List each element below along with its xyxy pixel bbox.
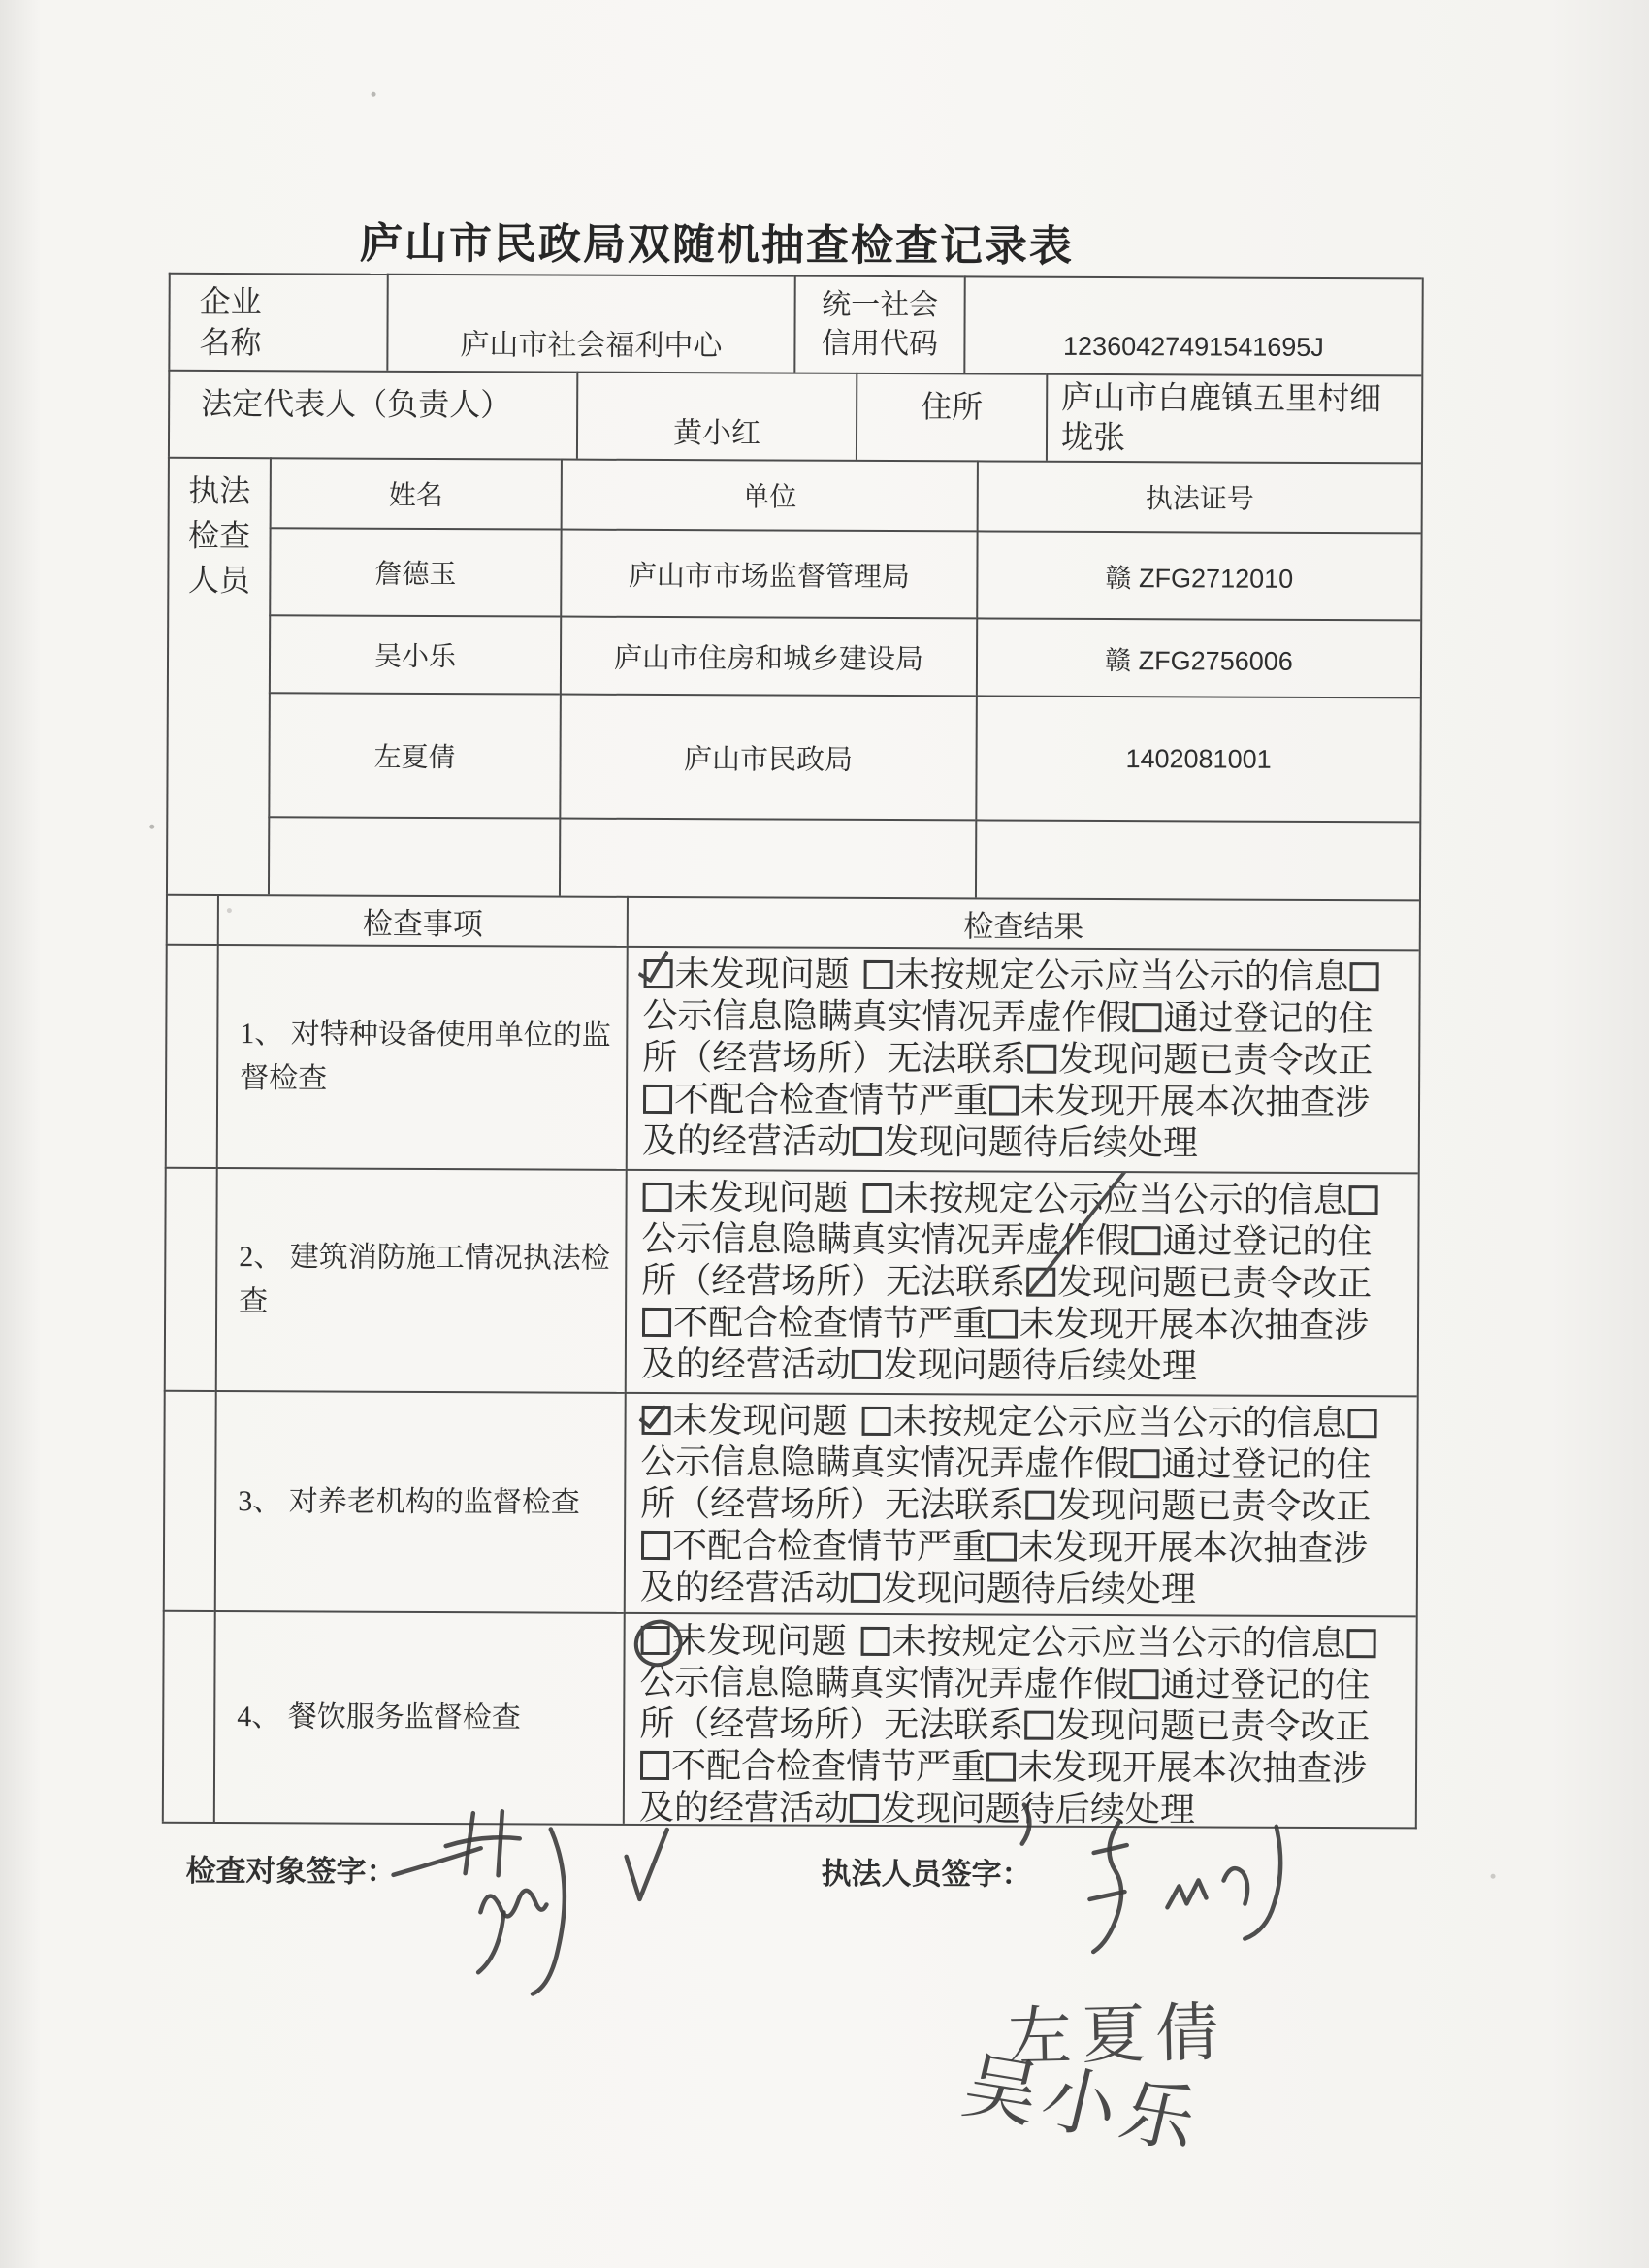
result-option: 发现问题已责令改正: [1055, 1706, 1370, 1746]
company-name-label: 企业 名称: [168, 273, 386, 371]
result-option: 不配合检查情节严重: [674, 1080, 988, 1119]
credit-code-label: 统一社会 信用代码: [793, 275, 963, 373]
checkbox-icon: [642, 1308, 671, 1337]
item-label: 4、 餐饮服务监督检查: [213, 1610, 624, 1824]
item-label: 3、 对养老机构的监督检查: [214, 1390, 625, 1612]
inspectors-section-label: 执法 检查 人员: [166, 457, 270, 894]
enforcer-handwritten-signature-1: [1085, 1816, 1309, 1982]
result-option: 发现问题待后续处理: [883, 1345, 1197, 1385]
inspector-col-unit: 单位: [561, 459, 977, 531]
result-option: 不配合检查情节严重: [673, 1303, 987, 1343]
result-option: 未发现问题: [673, 1401, 848, 1441]
inspector-name: 吴小乐: [269, 614, 560, 693]
checkbox-slashed-icon: [1026, 1268, 1055, 1297]
checkbox-icon: [1027, 1045, 1056, 1074]
inspector-cert: 赣 ZFG2756006: [976, 617, 1420, 697]
checkbox-icon: [1129, 1669, 1158, 1699]
result-option: 不配合检查情节严重: [672, 1526, 986, 1566]
result-option: 公示信息隐瞒真实情况弄虚作假: [639, 1663, 1128, 1703]
checkbox-icon: [1349, 1185, 1378, 1215]
result-option: 未按规定公示应当公示的信息: [894, 1179, 1348, 1219]
inspector-unit: 庐山市市场监督管理局: [560, 529, 976, 618]
inspector-name: 詹德玉: [269, 527, 560, 615]
checkbox-icon: [988, 1309, 1018, 1338]
result-option: 不配合检查情节严重: [671, 1746, 986, 1786]
checkbox-icon: [864, 960, 893, 989]
stray-pen-mark: [1011, 1801, 1050, 1860]
result-option: 发现问题已责令改正: [1057, 1263, 1372, 1303]
inspector-name: 左夏倩: [268, 692, 560, 817]
record-form-table: 企业 名称 庐山市社会福利中心 统一社会 信用代码 12360427491541…: [162, 273, 1424, 1830]
checkbox-checked-icon: [642, 1406, 671, 1435]
item-index-cell: [164, 1167, 216, 1390]
items-header: 检查事项: [217, 894, 627, 946]
result-option: 公示信息隐瞒真实情况弄虚作假: [642, 996, 1131, 1037]
checkbox-icon: [852, 1350, 881, 1379]
checkbox-icon: [1131, 1226, 1160, 1255]
checkbox-icon: [853, 1127, 882, 1156]
scan-tilt-wrapper: 庐山市民政局双随机抽查检查记录表 企业 名称 庐山市社会福利中心 统一社会 信用…: [0, 0, 1649, 2268]
credit-code-value: 12360427491541695J: [963, 275, 1421, 374]
checkbox-icon: [640, 1751, 669, 1780]
inspector-cert: 赣 ZFG2712010: [976, 530, 1420, 619]
checkbox-icon: [643, 1085, 672, 1114]
checkbox-icon: [641, 1531, 670, 1560]
inspector-unit: [559, 818, 975, 898]
inspector-unit: 庐山市民政局: [559, 694, 976, 820]
legal-rep-value: 黄小红: [576, 372, 856, 460]
result-option: 未按规定公示应当公示的信息: [893, 1402, 1347, 1442]
scan-speck: [372, 92, 376, 97]
checkbox-icon: [989, 1085, 1018, 1115]
result-option: 未发现问题: [672, 1621, 847, 1661]
checkbox-icon: [862, 1407, 891, 1436]
inspector-name: [268, 816, 559, 895]
item-index-cell: [163, 1390, 215, 1610]
item-label: 1、 对特种设备使用单位的监督检查: [216, 944, 627, 1169]
checkbox-circled-icon: [641, 1626, 670, 1655]
item-result-cell: 未发现问题未按规定公示应当公示的信息公示信息隐瞒真实情况弄虚作假通过登记的住所（…: [623, 1612, 1416, 1828]
inspector-unit: 庐山市住房和城乡建设局: [560, 616, 976, 696]
checkbox-icon: [850, 1794, 879, 1823]
result-option: 未发现问题: [674, 1178, 849, 1217]
result-option: 发现问题待后续处理: [884, 1122, 1198, 1162]
checkbox-icon: [987, 1532, 1017, 1561]
result-option: 发现问题已责令改正: [1058, 1040, 1373, 1080]
checkbox-icon: [1025, 1491, 1054, 1520]
result-option: 未发现问题: [675, 955, 850, 994]
inspector-col-name: 姓名: [270, 457, 561, 528]
result-option: 发现问题已责令改正: [1056, 1486, 1371, 1526]
results-header: 检查结果: [627, 896, 1419, 950]
subject-handwritten-signature: [387, 1796, 718, 2029]
result-option: 未按规定公示应当公示的信息: [895, 956, 1349, 996]
checkbox-icon: [986, 1752, 1016, 1781]
checkbox-ticked-icon: [644, 959, 673, 988]
address-label: 住所: [856, 373, 1046, 461]
scan-speck: [149, 825, 154, 829]
item-result-cell: 未发现问题未按规定公示应当公示的信息公示信息隐瞒真实情况弄虚作假通过登记的住所（…: [625, 1169, 1418, 1396]
checkbox-icon: [1132, 1003, 1161, 1032]
inspector-cert: 1402081001: [975, 695, 1420, 821]
checkbox-icon: [851, 1573, 880, 1603]
checkbox-icon: [1024, 1711, 1053, 1740]
scan-speck: [1491, 1874, 1496, 1879]
result-option: 发现问题待后续处理: [882, 1569, 1196, 1608]
checkbox-icon: [1348, 1409, 1377, 1438]
result-option: 未按规定公示应当公示的信息: [892, 1622, 1346, 1663]
enforcer-signature-label: 执法人员签字：: [821, 1849, 1031, 1894]
legal-rep-label: 法定代表人（负责人）: [168, 370, 576, 459]
checkbox-icon: [643, 1183, 672, 1212]
checkbox-icon: [1347, 1629, 1376, 1658]
address-value: 庐山市白鹿镇五里村细垅张: [1046, 373, 1421, 463]
item-label: 2、 建筑消防施工情况执法检查: [215, 1167, 626, 1392]
checkbox-icon: [863, 1183, 892, 1213]
subject-signature-label: 检查对象签字：: [185, 1846, 396, 1891]
inspector-cert: [975, 819, 1419, 899]
form-title: 庐山市民政局双随机抽查检查记录表: [183, 208, 1250, 275]
checkbox-icon: [1350, 962, 1379, 991]
company-name-value: 庐山市社会福利中心: [386, 274, 793, 373]
item-result-cell: 未发现问题未按规定公示应当公示的信息公示信息隐瞒真实情况弄虚作假通过登记的住所（…: [626, 946, 1419, 1173]
result-option: 公示信息隐瞒真实情况弄虚作假: [640, 1442, 1129, 1483]
item-result-cell: 未发现问题未按规定公示应当公示的信息公示信息隐瞒真实情况弄虚作假通过登记的住所（…: [624, 1392, 1417, 1616]
checkbox-icon: [861, 1627, 890, 1656]
checkbox-icon: [1130, 1449, 1159, 1478]
item-index-cell: [162, 1610, 214, 1822]
scan-speck: [227, 908, 232, 913]
item-index-cell: [165, 944, 217, 1167]
scanned-form-page: 庐山市民政局双随机抽查检查记录表 企业 名称 庐山市社会福利中心 统一社会 信用…: [0, 0, 1649, 2268]
items-corner-cell: [166, 894, 217, 944]
inspector-col-cert: 执法证号: [977, 460, 1421, 532]
